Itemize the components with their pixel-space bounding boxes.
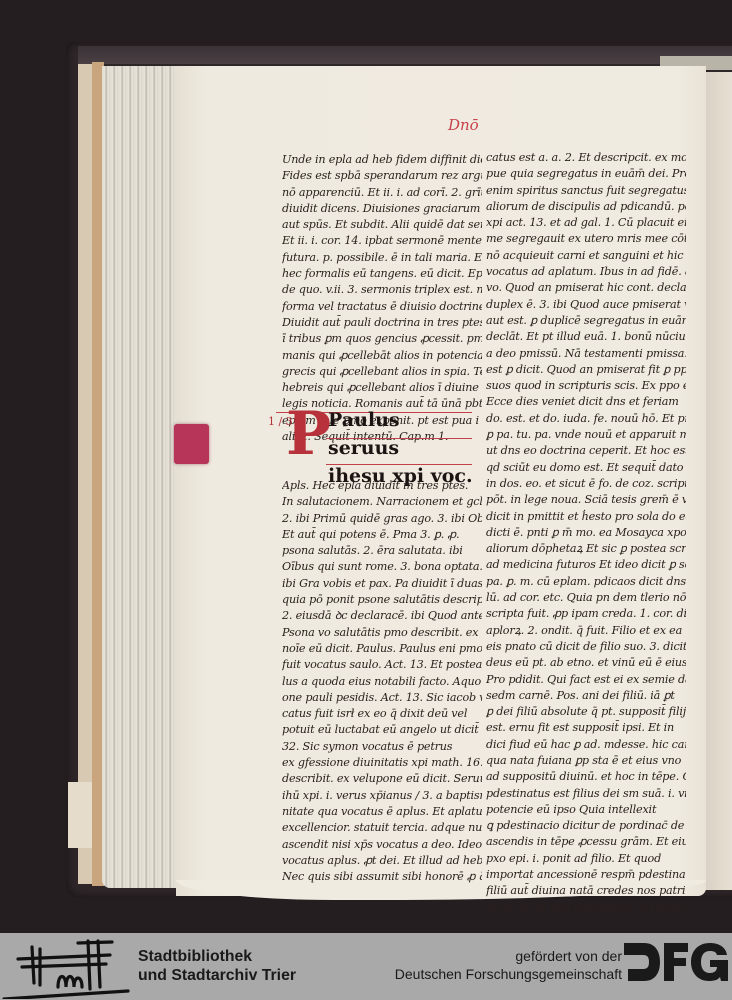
folio-mark: Dnō: [448, 116, 479, 134]
manuscript-line: ī tribus ꝑm quos gencius ꝓcessit. pmo ro: [282, 331, 482, 347]
manuscript-line: a deo pmissū. Nā testamenti pmissa. Et h…: [486, 346, 686, 362]
manuscript-line: excellencior. statuit tercia. adque null…: [282, 820, 482, 836]
manuscript-line: fuit vocatus saulo. Act. 13. Et postea p…: [282, 657, 482, 673]
left-column-text-continued: Apls. Hec epla diuidit in tres ptes.In s…: [282, 478, 482, 885]
manuscript-line: enim spiritus sanctus fuit segregatus a …: [486, 183, 686, 199]
manuscript-line: Ecce dies veniet dicit dns et feriam: [486, 394, 686, 410]
manuscript-line: lū. ad cor. etc. Quia pn dem tlerio nō: [486, 590, 686, 606]
manuscript-line: one pauli pesidis. Act. 13. Sic iacob vo: [282, 690, 482, 706]
funding-note: gefördert von der Deutschen Forschungsge…: [395, 947, 622, 983]
manuscript-line: forma vel tractatus ē diuisio doctrine.: [282, 299, 482, 315]
funding-line1: gefördert von der: [395, 947, 622, 965]
manuscript-line: vocatus ad aplatum. Ibus in ad fidē. ast…: [486, 264, 686, 280]
manuscript-line: in dos. eo. et sicut ē fo. de coz. scrip…: [486, 476, 686, 492]
manuscript-line: suos quod in scripturis scis. Ex ppo est: [486, 378, 686, 394]
manuscript-line: catus est a. a. 2. Et descripcit. ex mo …: [486, 150, 686, 166]
manuscript-line: dicti ē. pnti ꝑ m̄ mo. ea Mosayca xpos. …: [486, 525, 686, 541]
manuscript-line: eis pnato cū dicit de filio suo. 3. dici…: [486, 639, 686, 655]
manuscript-line: hec formalis eū tangens. eū dicit. Ephes: [282, 266, 482, 282]
manuscript-line: scripta fuit. ꝓp ipam creda. 1. cor. dic…: [486, 606, 686, 622]
dfg-logo-icon: [624, 943, 728, 981]
manuscript-line: psona salutās. 2. ēra salutata. ibi: [282, 543, 482, 559]
manuscript-line: pdestinatus est filius dei sm suā. i. vi…: [486, 786, 686, 802]
manuscript-line: aplorꝝ. 2. ondit. q̄ fuit. Filio et ex e…: [486, 623, 686, 639]
manuscript-line: futura. p. possibile. ē in tali maria. E…: [282, 250, 482, 266]
manuscript-line: me segregauit ex utero mris mee cōtinuo: [486, 231, 686, 247]
flyleaf-tab: [68, 782, 92, 848]
manuscript-line: vocatus aplus. ꝓt dei. Et illud ad heb. …: [282, 853, 482, 869]
manuscript-line: pa. ꝑ. m. cū eplam. pdicaos dicit dns vo…: [486, 574, 686, 590]
manuscript-line: nō acquieuit carni et sanguini et hic fu…: [486, 248, 686, 264]
manuscript-line: potencie eū ipso Quia intellexit: [486, 802, 686, 818]
manuscript-line: pue quia segregatus in euām̄ dei. Prover…: [486, 166, 686, 182]
manuscript-line: ꝑ dei filiū absolute q̄ pt. supposit̄ fi…: [486, 704, 686, 720]
manuscript-line: ascendis in tēpe ꝓcessu grām. Et eius.: [486, 834, 686, 850]
manuscript-line: deus eū pt. ab etno. et vinū eū ē eius: [486, 655, 686, 671]
manuscript-line: ihū xpi. i. verus xp̄ianus / 3. a baptis…: [282, 788, 482, 804]
manuscript-line: ibi Gra vobis et pax. Pa diuidit ī duas.: [282, 576, 482, 592]
manuscript-line: 2. ibi Primū quidē gras ago. 3. ibi Obs: [282, 511, 482, 527]
manuscript-line: do. est. et do. iuda. fe. nouū hō. Et pn…: [486, 411, 686, 427]
facing-page-edge: [704, 72, 732, 890]
manuscript-viewer: Dnō Unde in epla ad heb fidem diffinit d…: [0, 0, 732, 933]
manuscript-line: sedm carnē. Pos. ani dei filiū. iā ꝑt: [486, 688, 686, 704]
manuscript-line: duplex ē. 3. ibi Quod auce pmiserat vt: [486, 297, 686, 313]
manuscript-line: manis qui ꝓcellebāt alios in potencia. 2…: [282, 348, 482, 364]
manuscript-line: In salutacionem. Narracionem et gclusion…: [282, 494, 482, 510]
manuscript-line: xpi act. 13. et ad gal. 1. Cū placuit ei…: [486, 215, 686, 231]
manuscript-line: Psona vo salutātis pmo describit. ex: [282, 625, 482, 641]
cover-top-edge: [78, 46, 732, 64]
manuscript-line: importat ancessionē respm̄ pdestinari: [486, 867, 686, 883]
manuscript-line: Nec quis sibi assumit sibi honorē ꝓ q̄ v…: [282, 869, 482, 885]
manuscript-line: diuidit dicens. Diuisiones graciarum sun…: [282, 201, 482, 217]
manuscript-line: Oībus qui sunt rome. 3. bona optata.: [282, 559, 482, 575]
institution-name-line1: Stadtbibliothek: [138, 947, 296, 966]
manuscript-line: de quo. v.ii. 3. sermonis triplex est. m…: [282, 282, 482, 298]
manuscript-line: ꝑ pa. tu. pa. vnde nouū et apparuit ma. …: [486, 427, 686, 443]
manuscript-line: vo. Quod an pmiserat hic cont. declat̄.: [486, 280, 686, 296]
incipit-line: Paulus seruus: [328, 406, 476, 462]
manuscript-line: 32. Sic symon vocatus ē petrus: [282, 739, 482, 755]
manuscript-line: Et aut̄ qui potens ē. Pma 3. ꝑ. ꝓ.: [282, 527, 482, 543]
manuscript-line: 2. eiusdā ꝺc declaracē. ibi Quod ante pm…: [282, 608, 482, 624]
footer-banner: Stadtbibliothek und Stadtarchiv Trier ge…: [0, 933, 732, 1000]
manuscript-line: est. ernu fit est supposit̄ ipsi. Et in: [486, 720, 686, 736]
manuscript-line: nō apparenciū. Et ii. i. ad corī. 2. grī…: [282, 185, 482, 201]
funding-line2: Deutschen Forschungsgemeinschaft: [395, 965, 622, 983]
institution-name: Stadtbibliothek und Stadtarchiv Trier: [138, 947, 296, 985]
decorated-initial: P: [286, 404, 331, 464]
manuscript-line: ut dns eo doctrina ceperit. Et hoc est p…: [486, 443, 686, 459]
stadtbibliothek-trier-logo-icon: [2, 937, 130, 999]
manuscript-line: catus fuit isrł ex eo q̄ dixit deū vel: [282, 706, 482, 722]
manuscript-line: noīe eū dicit. Paulus. Paulus eni pmo: [282, 641, 482, 657]
manuscript-line: ꝗ pdestinacio dicitur de pordinac̄ de: [486, 818, 686, 834]
manuscript-line: pxo epi. i. ponit ad filio. Et quod: [486, 851, 686, 867]
manuscript-line: quia pō ponit psone salutātis descripcē.: [282, 592, 482, 608]
manuscript-line: declāt. Et pt illud euā. 1. bonū nūcium: [486, 329, 686, 345]
manuscript-line: dici fiud eū hac ꝑ ad. mdesse. hic camē: [486, 737, 686, 753]
manuscript-line: ascendit nisi xp̄s vocatus a deo. Ideo b…: [282, 837, 482, 853]
manuscript-line: describit. ex velupone eū dicit. Seruus: [282, 771, 482, 787]
institution-name-line2: und Stadtarchiv Trier: [138, 966, 296, 985]
manuscript-line: ad suppositū diuinū. et hoc in tēpe. Qui: [486, 769, 686, 785]
manuscript-line: hebreis qui ꝓcellebant alios ī diuine: [282, 380, 482, 396]
manuscript-line: lus a quoda eius notabili facto. Aquo: [282, 674, 482, 690]
manuscript-line: pōt. in lege noua. Sciā tesis grem̄ ē vn…: [486, 492, 686, 508]
manuscript-line: aut est. ꝑ duplicē segregatus in euām de…: [486, 313, 686, 329]
manuscript-line: qua nata fuiana ꝑp sta ē et eius vno: [486, 753, 686, 769]
manuscript-line: ex gfessione diuinitatis xpi math. 16. 2…: [282, 755, 482, 771]
manuscript-line: est ꝑ dicit. Quod an pmiserat fit ꝑ ppha…: [486, 362, 686, 378]
manuscript-line: nitate qua vocatus ē aplus. Et aplatus ē: [282, 804, 482, 820]
manuscript-line: aliorum de discipulis ad pdicandū. porte…: [486, 199, 686, 215]
right-column-text: catus est a. a. 2. Et descripcit. ex mo …: [486, 150, 686, 916]
manuscript-line: Pro pdidit. Qui fact est ei ex semie dau…: [486, 672, 686, 688]
manuscript-line: Diuidit aut̄ pauli doctrina in tres ptes…: [282, 315, 482, 331]
manuscript-line: Unde in epla ad heb fidem diffinit dicen…: [282, 152, 482, 168]
manuscript-line: ad medicina futuros Et ideo dicit ꝑ sō. …: [486, 557, 686, 573]
manuscript-line: Apls. Hec epla diuidit in tres ptes.: [282, 478, 482, 494]
manuscript-line: et sic nō ꝑt dici pdestinatū. ꝓ i fuana.: [486, 900, 686, 916]
bookmark-tab: [174, 424, 209, 464]
manuscript-line: Fides est spbā sperandarum rez argumētū: [282, 168, 482, 184]
incipit-block: 1 / 3 P Paulus seruus ihesu xpi voc.: [276, 402, 476, 472]
manuscript-line: filiū aut̄ diuina natā credes nos patri: [486, 883, 686, 899]
manuscript-line: grecis qui ꝓcellebant alios in spia. Ter…: [282, 364, 482, 380]
manuscript-line: aliorum dōphetaꝝ Et sic ꝑ postea scriptu…: [486, 541, 686, 557]
manuscript-line: aut spūs. Et subdit. Alii quidē dat serm…: [282, 217, 482, 233]
page-stack-edge: [102, 66, 182, 888]
manuscript-line: qd sciūt eu domo est. Et sequit̄ dato le…: [486, 460, 686, 476]
manuscript-line: potuit eū luctabat eū angelo ut dicit̄ G…: [282, 722, 482, 738]
manuscript-line: Et ii. i. cor. 14. ipbat sermonē mentem: [282, 233, 482, 249]
manuscript-line: dicit in pmittit et ḣesto pro sola do eo: [486, 509, 686, 525]
